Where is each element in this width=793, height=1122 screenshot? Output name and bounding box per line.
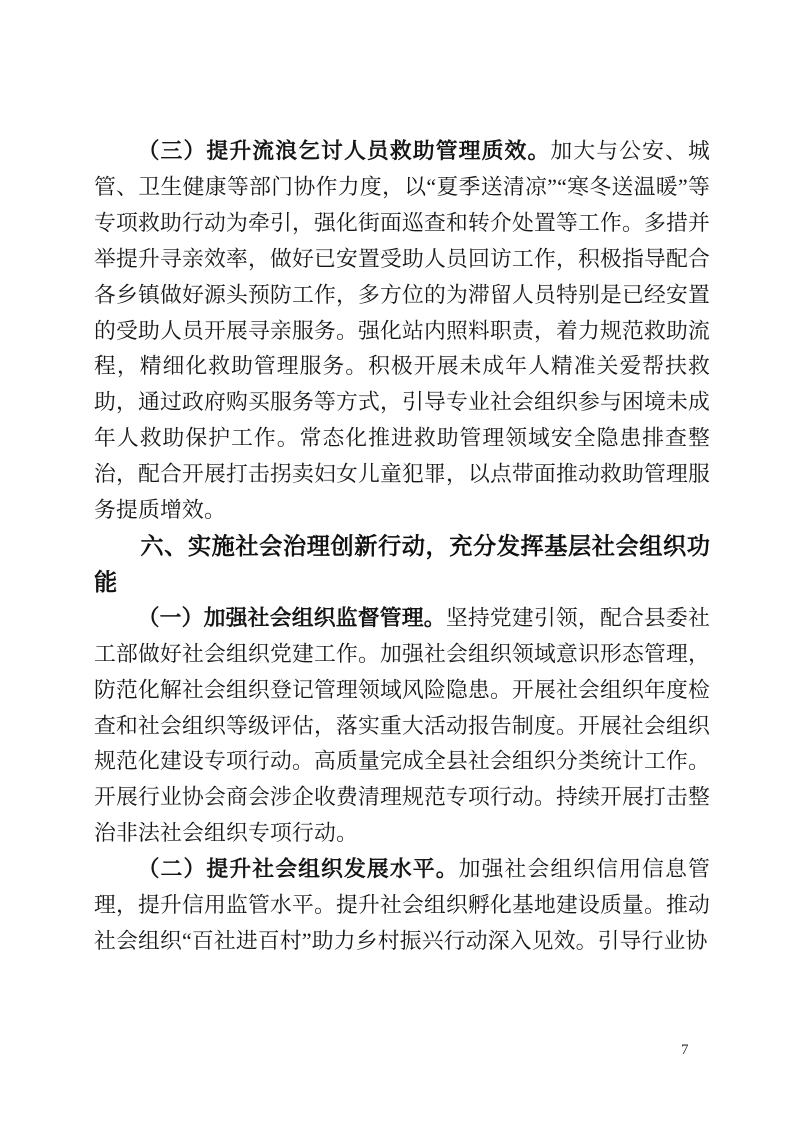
paragraph-rescue-management-body: 加大与公安、城管、卫生健康等部门协作力度，以“夏季送清凉”“寒冬送温暖”等专项救… xyxy=(94,139,710,522)
document-page: （三）提升流浪乞讨人员救助管理质效。加大与公安、城管、卫生健康等部门协作力度，以… xyxy=(0,0,793,1122)
page-number: 7 xyxy=(681,1040,689,1060)
paragraph-org-supervision-body: 坚持党建引领，配合县委社工部做好社会组织党建工作。加强社会组织领域意识形态管理，… xyxy=(94,606,710,845)
document-content: （三）提升流浪乞讨人员救助管理质效。加大与公安、城管、卫生健康等部门协作力度，以… xyxy=(94,134,710,960)
paragraph-org-development: （二）提升社会组织发展水平。加强社会组织信用信息管理，提升信用监管水平。提升社会… xyxy=(94,852,710,960)
heading-section-six: 六、实施社会治理创新行动，充分发挥基层社会组织功能 xyxy=(94,529,710,601)
paragraph-org-supervision-lead: （一）加强社会组织监督管理。 xyxy=(138,606,446,630)
paragraph-org-supervision: （一）加强社会组织监督管理。坚持党建引领，配合县委社工部做好社会组织党建工作。加… xyxy=(94,601,710,852)
paragraph-org-development-lead: （二）提升社会组织发展水平。 xyxy=(138,857,459,881)
paragraph-rescue-management: （三）提升流浪乞讨人员救助管理质效。加大与公安、城管、卫生健康等部门协作力度，以… xyxy=(94,134,710,529)
paragraph-rescue-management-lead: （三）提升流浪乞讨人员救助管理质效。 xyxy=(138,139,551,163)
